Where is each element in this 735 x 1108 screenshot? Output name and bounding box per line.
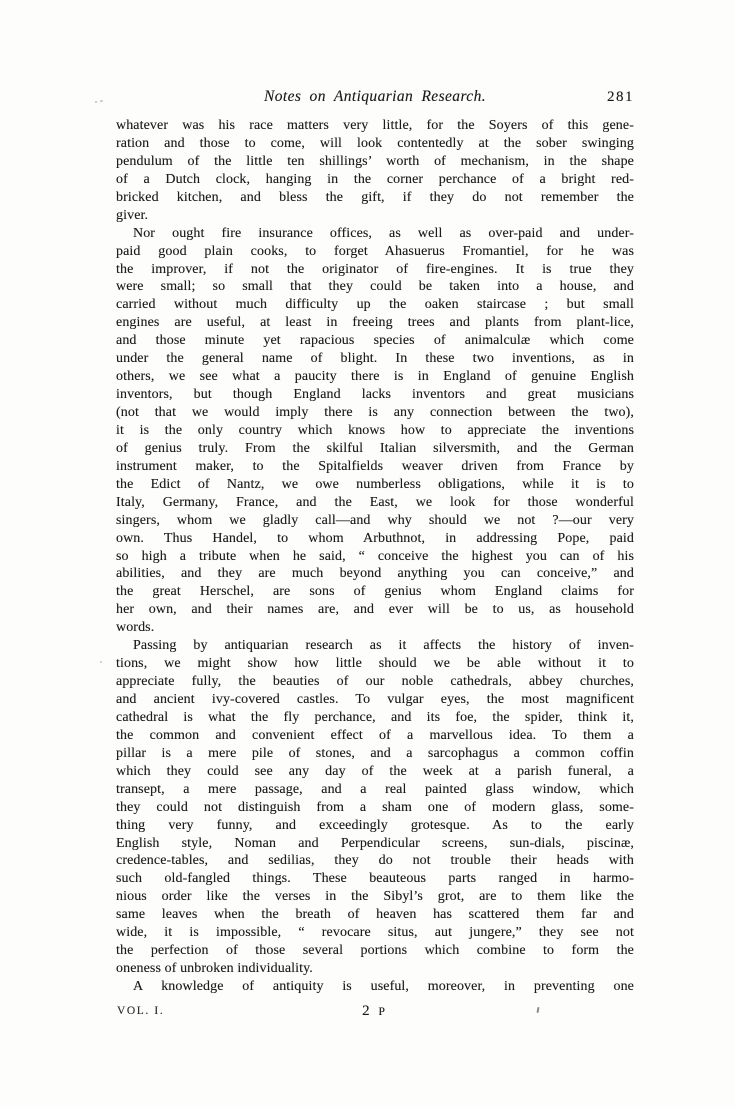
text-line: the improver, if not the originator of f… — [116, 261, 634, 279]
text-line: same leaves when the breath of heaven ha… — [116, 906, 634, 924]
text-line: appreciate fully, the beauties of our no… — [116, 673, 634, 691]
text-line: of genius truly. From the skilful Italia… — [116, 440, 634, 458]
paragraph: Passing by antiquarian research as it af… — [116, 637, 634, 978]
text-line: so high a tribute when he said, “ concei… — [116, 548, 634, 566]
text-line: whatever was his race matters very littl… — [116, 117, 634, 135]
text-line: carried without much difficulty up the o… — [116, 296, 634, 314]
text-line: thing very funny, and exceedingly grotes… — [116, 817, 634, 835]
text-line: (not that we would imply there is any co… — [116, 404, 634, 422]
text-line: they could not distinguish from a sham o… — [116, 799, 634, 817]
paragraph: whatever was his race matters very littl… — [116, 117, 634, 225]
text-line: ration and those to come, will look cont… — [116, 135, 634, 153]
paragraph: Nor ought fire insurance offices, as wel… — [116, 225, 634, 638]
text-line: the Edict of Nantz, we owe numberless ob… — [116, 476, 634, 494]
printers-signature: 2 P — [116, 1003, 634, 1020]
text-line: were small; so small that they could be … — [116, 278, 634, 296]
page-body: whatever was his race matters very littl… — [116, 117, 634, 996]
text-line: A knowledge of antiquity is useful, more… — [116, 978, 634, 996]
text-line: instrument maker, to the Spitalfields we… — [116, 458, 634, 476]
text-line: transept, a mere passage, and a real pai… — [116, 781, 634, 799]
text-line: and those minute yet rapacious species o… — [116, 332, 634, 350]
text-line: which they could see any day of the week… — [116, 763, 634, 781]
text-line: the common and convenient effect of a ma… — [116, 727, 634, 745]
scan-speck — [100, 100, 103, 102]
text-line: bricked kitchen, and bless the gift, if … — [116, 189, 634, 207]
text-line: such old-fangled things. These beauteous… — [116, 870, 634, 888]
text-line: tions, we might show how little should w… — [116, 655, 634, 673]
text-line: wide, it is impossible, “ revocare situs… — [116, 924, 634, 942]
text-line: the great Herschel, are sons of genius w… — [116, 583, 634, 601]
text-line: pendulum of the little ten shillings’ wo… — [116, 153, 634, 171]
text-line: of a Dutch clock, hanging in the corner … — [116, 171, 634, 189]
text-line: English style, Noman and Perpendicular s… — [116, 835, 634, 853]
scan-speck — [95, 101, 97, 103]
text-line: Italy, Germany, France, and the East, we… — [116, 494, 634, 512]
text-line: abilities, and they are much beyond anyt… — [116, 565, 634, 583]
text-line: Passing by antiquarian research as it af… — [116, 637, 634, 655]
text-line: giver. — [116, 207, 634, 225]
scanned-book-page: Notes on Antiquarian Research. 281 whate… — [0, 0, 735, 1108]
text-line: paid good plain cooks, to forget Ahasuer… — [116, 243, 634, 261]
paragraph: A knowledge of antiquity is useful, more… — [116, 978, 634, 996]
text-line: others, we see what a paucity there is i… — [116, 368, 634, 386]
running-title: Notes on Antiquarian Research. — [116, 88, 634, 106]
text-line: under the general name of blight. In the… — [116, 350, 634, 368]
text-line: engines are useful, at least in freeing … — [116, 314, 634, 332]
page-header: Notes on Antiquarian Research. 281 — [116, 88, 634, 108]
text-line: inventors, but though England lacks inve… — [116, 386, 634, 404]
scan-speck — [100, 661, 102, 663]
page-footer: VOL. I. 2 P — [116, 1003, 634, 1021]
text-line: the perfection of those several portions… — [116, 942, 634, 960]
text-line: it is the only country which knows how t… — [116, 422, 634, 440]
text-line: and ancient ivy-covered castles. To vulg… — [116, 691, 634, 709]
text-line: pillar is a mere pile of stones, and a s… — [116, 745, 634, 763]
text-line: singers, whom we gladly call—and why sho… — [116, 512, 634, 530]
text-line: nious order like the verses in the Sibyl… — [116, 888, 634, 906]
text-line: words. — [116, 619, 634, 637]
text-line: her own, and their names are, and ever w… — [116, 601, 634, 619]
text-line: Nor ought fire insurance offices, as wel… — [116, 225, 634, 243]
text-line: credence-tables, and sedilias, they do n… — [116, 852, 634, 870]
text-line: cathedral is what the fly perchance, and… — [116, 709, 634, 727]
text-line: oneness of unbroken individuality. — [116, 960, 634, 978]
text-line: own. Thus Handel, to whom Arbuthnot, in … — [116, 530, 634, 548]
page-number: 281 — [607, 89, 634, 106]
